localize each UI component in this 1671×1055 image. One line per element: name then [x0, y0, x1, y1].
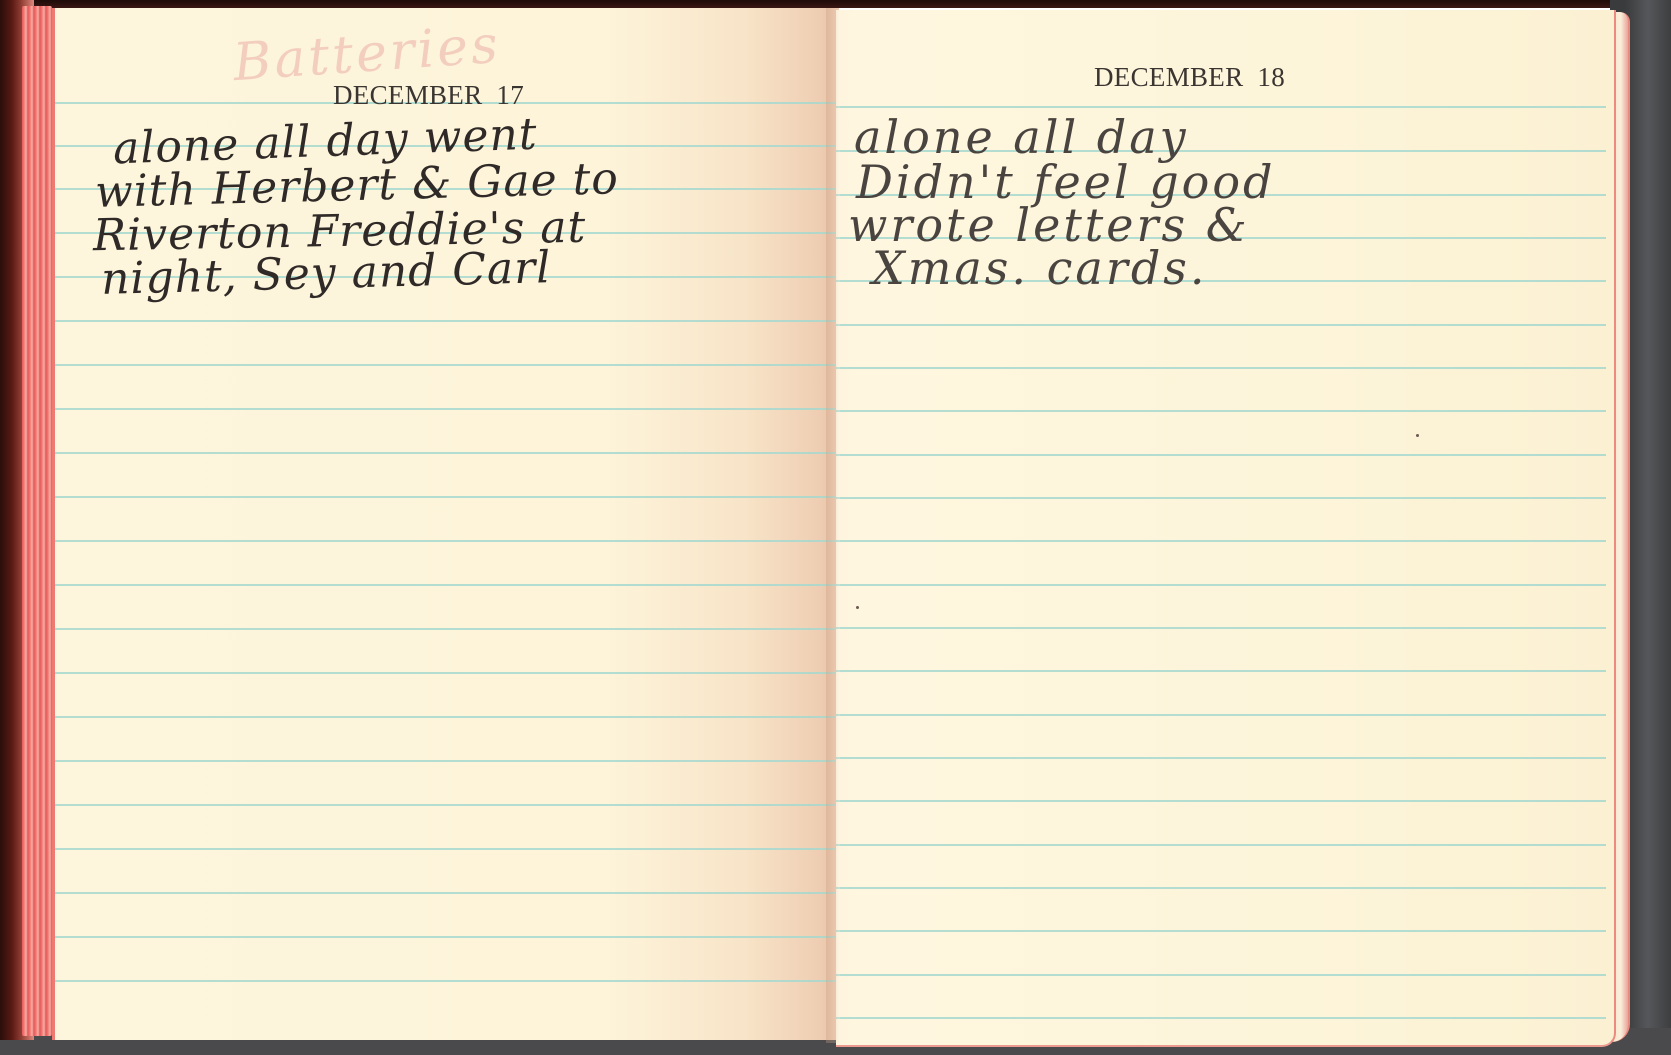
right-page: DECEMBER18 alone all day Didn't feel goo… [836, 10, 1616, 1047]
date-month: DECEMBER [333, 80, 482, 110]
entry-line: Xmas. cards. [872, 241, 1208, 295]
book-gutter [826, 8, 840, 1043]
page-edges-left [22, 6, 52, 1036]
book-cover-right [1625, 0, 1671, 1055]
diary-scan: Batteries DECEMBER17 alone all day went … [0, 0, 1671, 1055]
date-header-right: DECEMBER18 [1094, 62, 1285, 93]
book-cover-top [0, 0, 1671, 8]
left-page: Batteries DECEMBER17 alone all day went … [52, 8, 839, 1040]
date-month: DECEMBER [1094, 62, 1243, 92]
date-day: 18 [1257, 62, 1285, 92]
date-day: 17 [496, 80, 524, 110]
date-header-left: DECEMBER17 [333, 80, 524, 111]
paper-speck [1416, 434, 1419, 437]
paper-speck [856, 606, 859, 609]
